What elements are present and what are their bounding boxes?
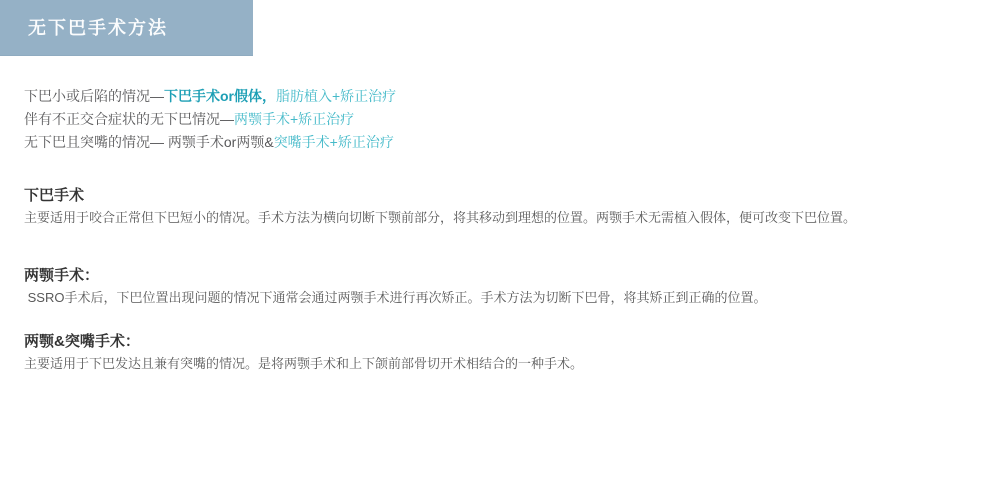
section-two-jaw-protruding-mouth-body: 主要适用于下巴发达且兼有突嘴的情况。是将两颚手术和上下颌前部骨切开术相结合的一种… [24, 354, 976, 374]
intro-line-small-chin: 下巴小或后陷的情况—下巴手术or假体，脂肪植入+矫正治疗 [24, 85, 976, 108]
section-two-jaw-surgery-heading: 两颚手术： [24, 266, 976, 285]
intro-1-treatment-secondary: 脂肪植入+矫正治疗 [276, 88, 396, 104]
intro-line-protruding-mouth: 无下巴且突嘴的情况— 两颚手术or两颚&突嘴手术+矫正治疗 [24, 131, 976, 154]
section-chin-surgery-body: 主要适用于咬合正常但下巴短小的情况。手术方法为横向切断下颚前部分，将其移动到理想… [24, 208, 976, 228]
section-two-jaw-protruding-mouth-heading: 两颚&突嘴手术： [24, 332, 976, 351]
page-title: 无下巴手术方法 [0, 0, 253, 56]
section-two-jaw-surgery: 两颚手术： SSRO手术后，下巴位置出现问题的情况下通常会通过两颚手术进行再次矫… [24, 266, 976, 308]
page: 无下巴手术方法 下巴小或后陷的情况—下巴手术or假体，脂肪植入+矫正治疗 伴有不… [0, 0, 1000, 484]
intro-2-treatment: 两颚手术+矫正治疗 [234, 111, 354, 127]
intro-1-treatment-primary: 下巴手术or假体， [164, 88, 276, 104]
intro-2-condition: 伴有不正交合症状的无下巴情况— [24, 111, 234, 127]
intro-3-condition: 无下巴且突嘴的情况— 两颚手术or两颚& [24, 134, 274, 150]
section-chin-surgery: 下巴手术 主要适用于咬合正常但下巴短小的情况。手术方法为横向切断下颚前部分，将其… [24, 186, 976, 228]
section-two-jaw-surgery-body: SSRO手术后，下巴位置出现问题的情况下通常会通过两颚手术进行再次矫正。手术方法… [24, 288, 976, 308]
intro-1-condition: 下巴小或后陷的情况— [24, 88, 164, 104]
intro-line-malocclusion: 伴有不正交合症状的无下巴情况—两颚手术+矫正治疗 [24, 108, 976, 131]
content: 下巴小或后陷的情况—下巴手术or假体，脂肪植入+矫正治疗 伴有不正交合症状的无下… [24, 56, 976, 374]
intro-3-treatment: 突嘴手术+矫正治疗 [274, 134, 394, 150]
section-chin-surgery-heading: 下巴手术 [24, 186, 976, 205]
intro-summary: 下巴小或后陷的情况—下巴手术or假体，脂肪植入+矫正治疗 伴有不正交合症状的无下… [24, 85, 976, 154]
page-header: 无下巴手术方法 [0, 0, 253, 56]
section-two-jaw-protruding-mouth-surgery: 两颚&突嘴手术： 主要适用于下巴发达且兼有突嘴的情况。是将两颚手术和上下颌前部骨… [24, 332, 976, 374]
